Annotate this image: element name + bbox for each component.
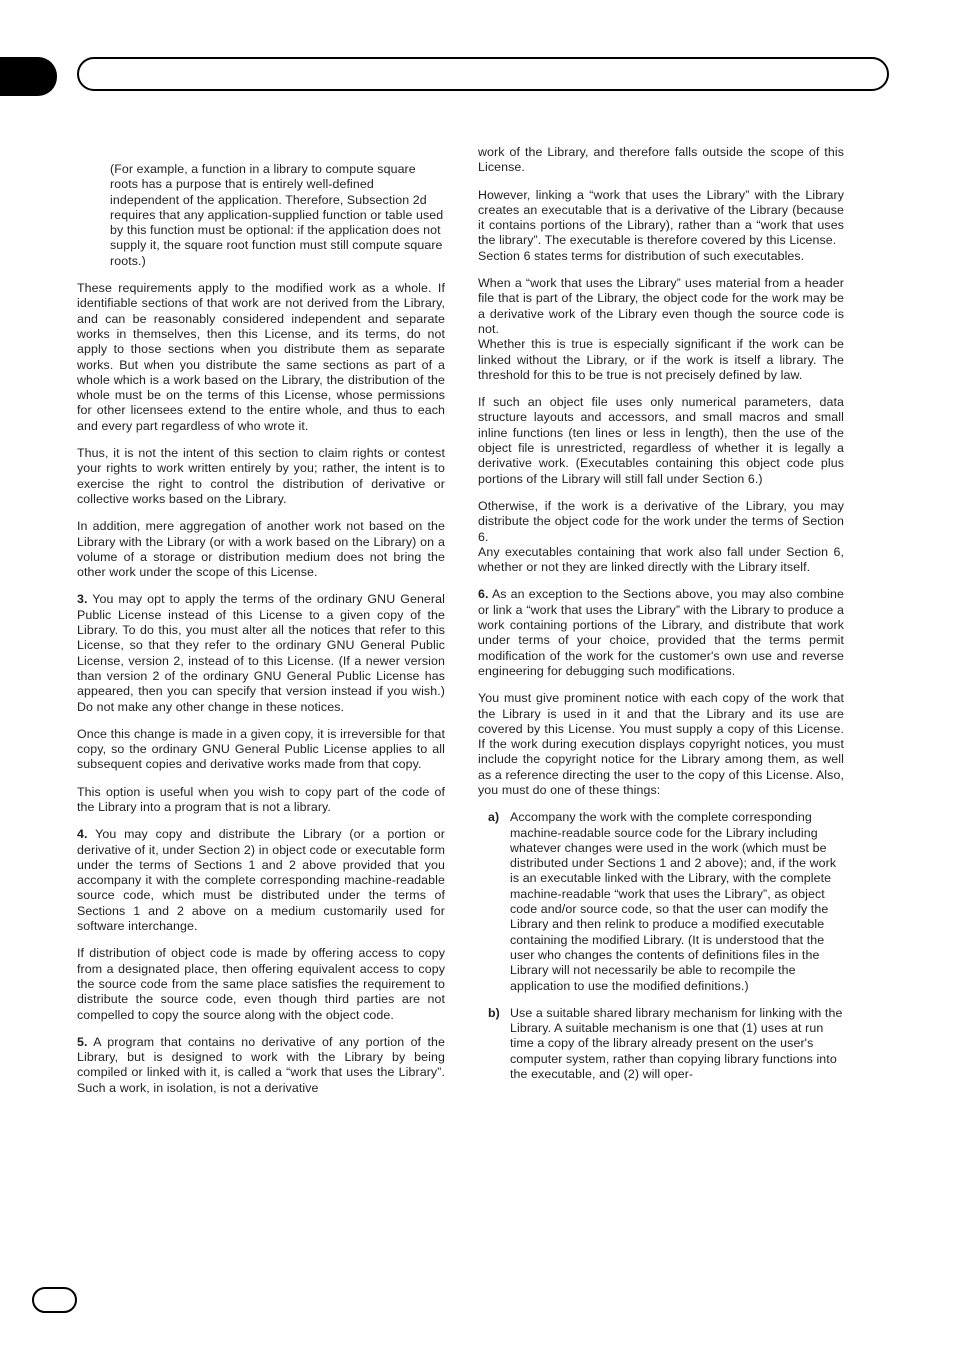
left-column: (For example, a function in a library to… [77, 162, 445, 1108]
paragraph: Otherwise, if the work is a derivative o… [478, 499, 844, 575]
paragraph-text: A program that contains no derivative of… [77, 1035, 445, 1095]
paragraph-text: These requirements apply to the modified… [77, 281, 445, 433]
paragraph-text: (For example, a function in a library to… [110, 162, 443, 268]
paragraph-text: You may copy and distribute the Library … [77, 827, 445, 933]
paragraph-text: If such an object file uses only numeric… [478, 395, 844, 485]
header-black-tab [0, 57, 57, 96]
paragraph: When a “work that uses the Library” uses… [478, 276, 844, 383]
section-paragraph-6: 6. As an exception to the Sections above… [478, 587, 844, 679]
section-number: 3. [77, 592, 88, 606]
paragraph-text: If distribution of object code is made b… [77, 946, 445, 1021]
paragraph-text: work of the Library, and therefore falls… [478, 145, 844, 174]
paragraph: This option is useful when you wish to c… [77, 785, 445, 816]
paragraph: These requirements apply to the modified… [77, 281, 445, 434]
paragraph-text: When a “work that uses the Library” uses… [478, 276, 844, 382]
section-paragraph-3: 3. You may opt to apply the terms of the… [77, 592, 445, 714]
section-number: 5. [77, 1035, 88, 1049]
paragraph-text: Otherwise, if the work is a derivative o… [478, 499, 844, 574]
paragraph: work of the Library, and therefore falls… [478, 145, 844, 176]
list-item-b: b)Use a suitable shared library mechanis… [478, 1006, 844, 1082]
list-item-text: Use a suitable shared library mechanism … [510, 1006, 844, 1082]
paragraph-text: Once this change is made in a given copy… [77, 727, 445, 772]
paragraph: If distribution of object code is made b… [77, 946, 445, 1022]
manual-page: { "left": { "note": "(For example, a fun… [0, 0, 954, 1351]
list-item-text: Accompany the work with the complete cor… [510, 810, 844, 994]
page-number-oval [32, 1287, 77, 1313]
paragraph-text: In addition, mere aggregation of another… [77, 519, 445, 579]
section-number: 4. [77, 827, 88, 841]
header-title-bar [77, 57, 889, 91]
list-marker: a) [488, 810, 510, 994]
section-number: 6. [478, 587, 489, 601]
paragraph: Thus, it is not the intent of this secti… [77, 446, 445, 507]
section-paragraph-5: 5. A program that contains no derivative… [77, 1035, 445, 1096]
list-item-a: a)Accompany the work with the complete c… [478, 810, 844, 994]
paragraph-text: Thus, it is not the intent of this secti… [77, 446, 445, 506]
paragraph-text: You must give prominent notice with each… [478, 691, 844, 797]
example-note: (For example, a function in a library to… [77, 162, 445, 269]
right-column: work of the Library, and therefore falls… [478, 145, 844, 1094]
paragraph: However, linking a “work that uses the L… [478, 188, 844, 264]
paragraph: Once this change is made in a given copy… [77, 727, 445, 773]
paragraph-text: You may opt to apply the terms of the or… [77, 592, 445, 713]
paragraph-text: This option is useful when you wish to c… [77, 785, 445, 814]
section-paragraph-4: 4. You may copy and distribute the Libra… [77, 827, 445, 934]
paragraph: You must give prominent notice with each… [478, 691, 844, 798]
paragraph: If such an object file uses only numeric… [478, 395, 844, 487]
paragraph-text: However, linking a “work that uses the L… [478, 188, 844, 263]
paragraph-text: As an exception to the Sections above, y… [478, 587, 844, 677]
paragraph: In addition, mere aggregation of another… [77, 519, 445, 580]
list-marker: b) [488, 1006, 510, 1082]
